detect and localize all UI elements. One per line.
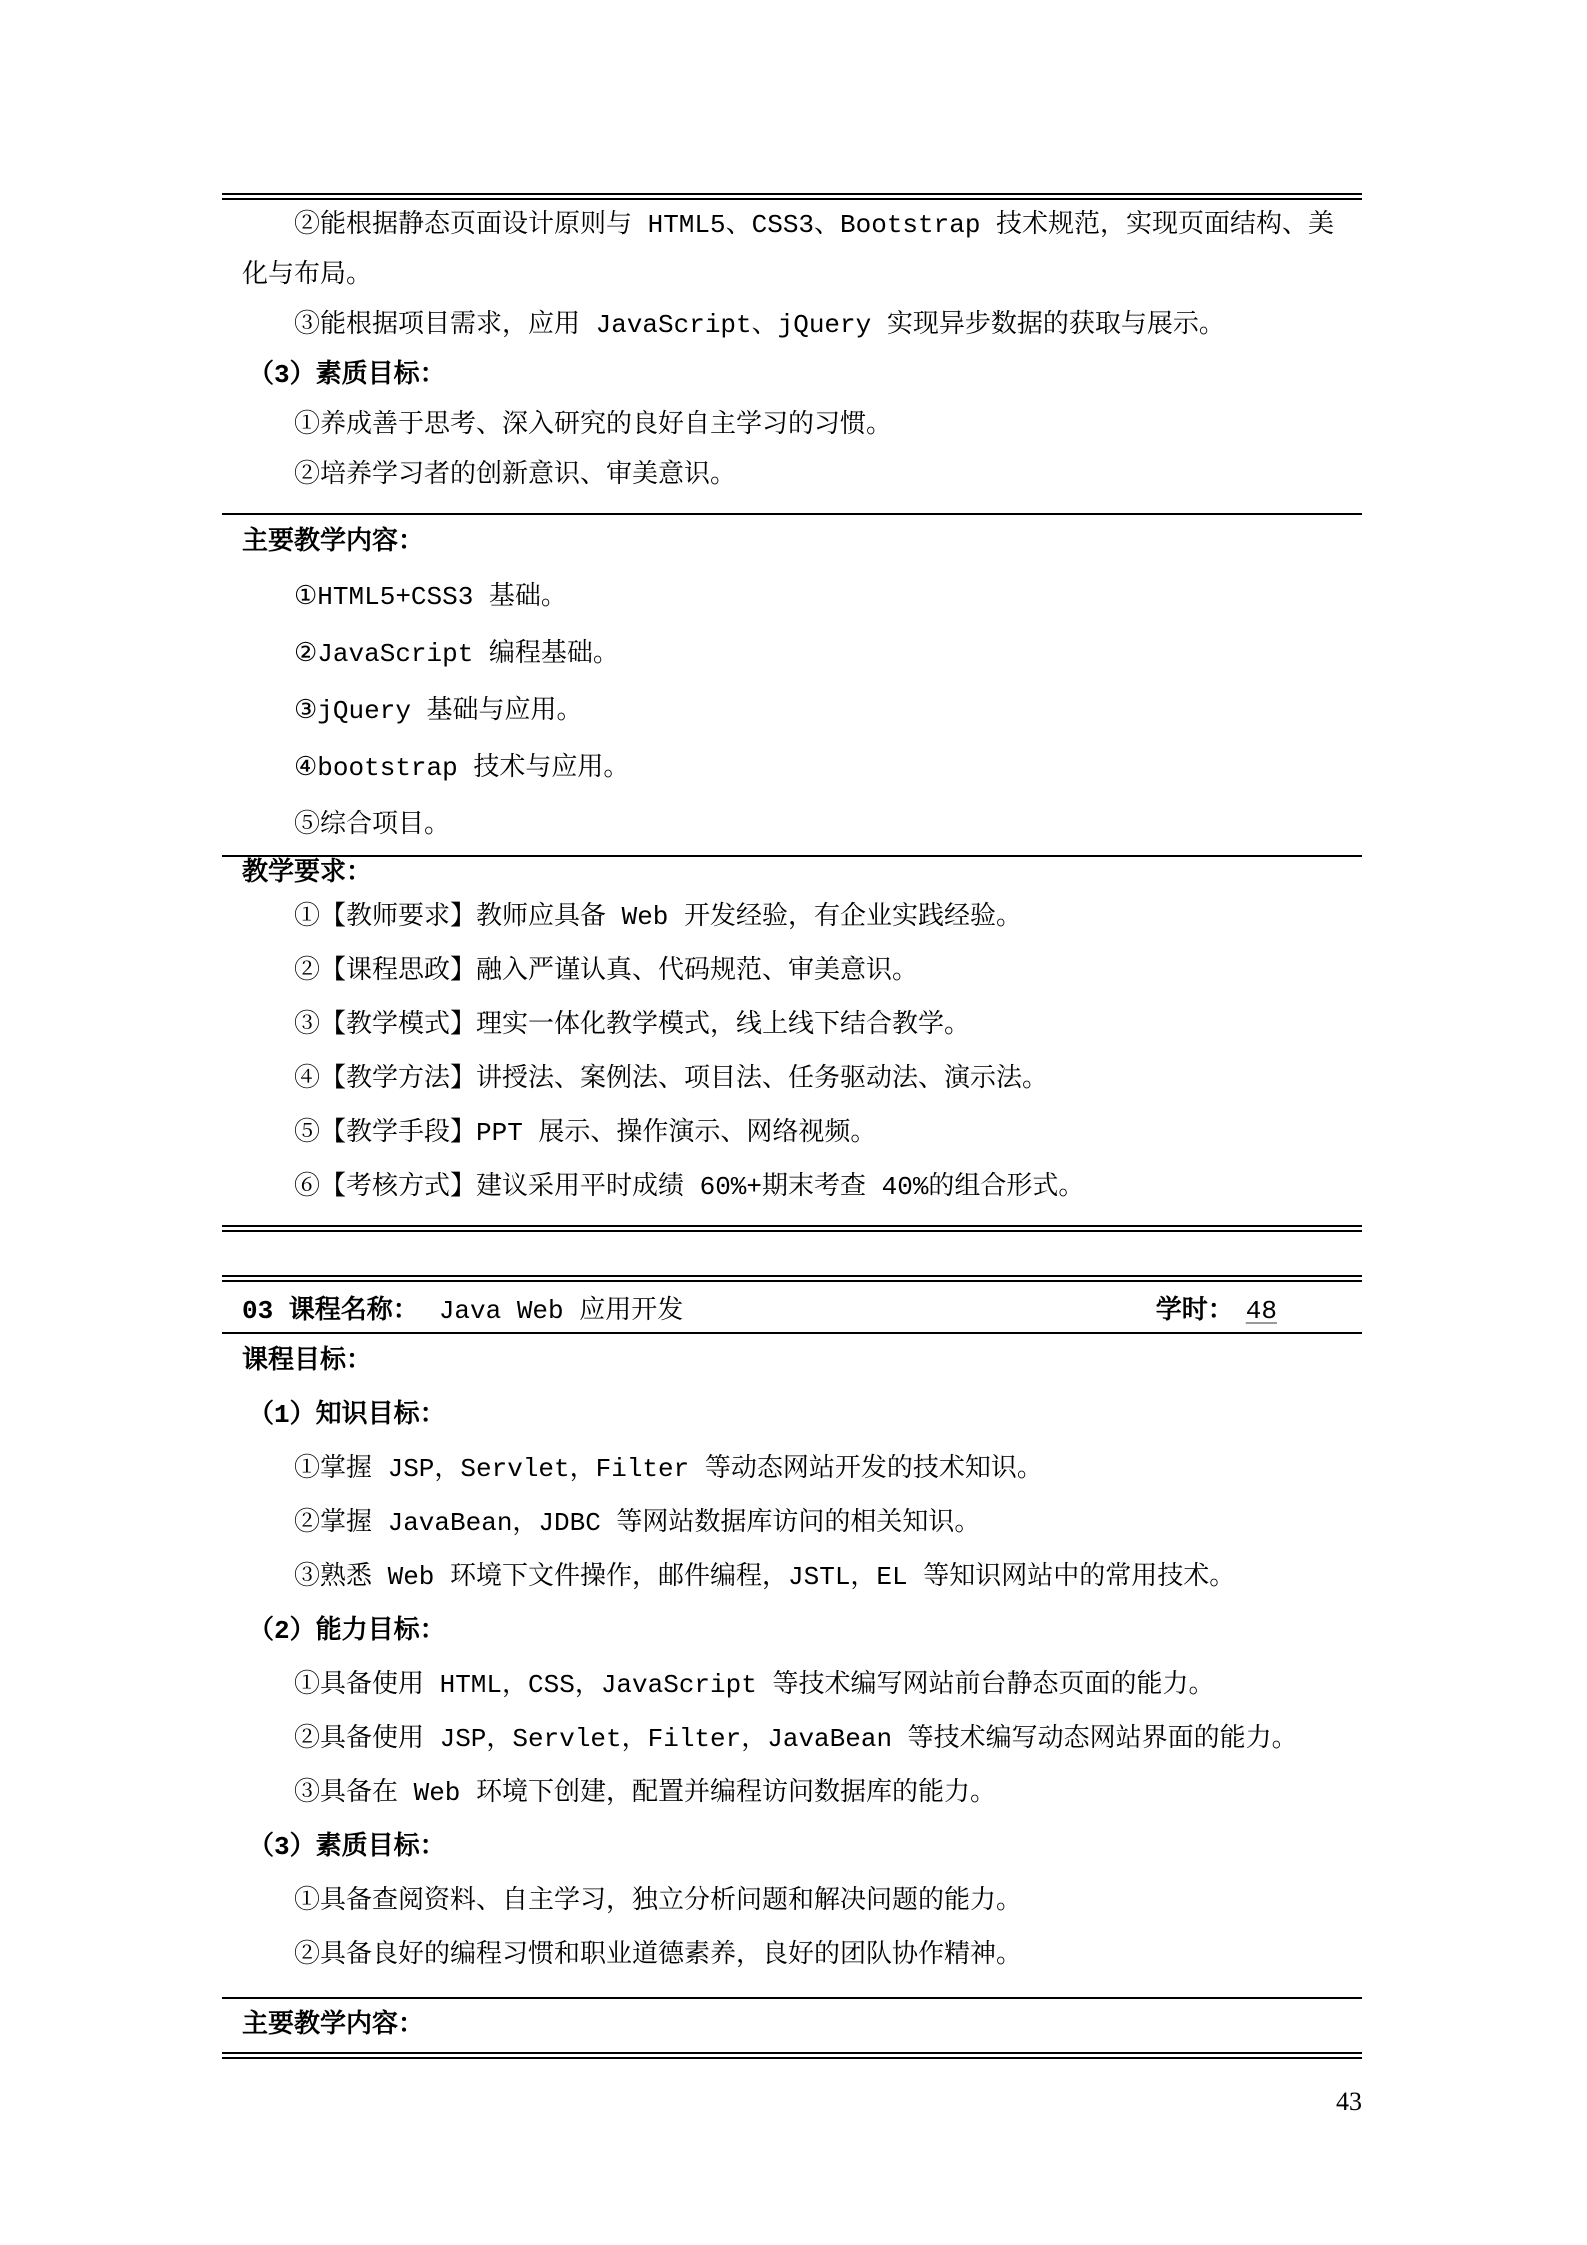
course-name-value: Java Web 应用开发 — [439, 1289, 683, 1326]
section-ability-goals-tail: ②能根据静态页面设计原则与 HTML5、CSS3、Bootstrap 技术规范，… — [222, 200, 1362, 515]
section-heading-line: （3）素质目标： — [242, 350, 1342, 400]
text-line: ②具备使用 JSP，Servlet，Filter，JavaBean 等技术编写动… — [242, 1712, 1342, 1766]
text-line: 化与布局。 — [242, 250, 1342, 300]
text-line: ①养成善于思考、深入研究的良好自主学习的习惯。 — [242, 400, 1342, 450]
section-heading-line: （1）知识目标： — [242, 1388, 1342, 1442]
text-line: ③jQuery 基础与应用。 — [242, 683, 1342, 740]
section-teaching-content: 主要教学内容：①HTML5+CSS3 基础。②JavaScript 编程基础。③… — [222, 515, 1362, 857]
text-line: ⑤【教学手段】PPT 展示、操作演示、网络视频。 — [242, 1106, 1342, 1160]
section-heading-line: 主要教学内容： — [242, 1999, 1342, 2052]
section-heading-line: 教学要求： — [242, 857, 1342, 890]
course-hours: 学时：48 — [1156, 1289, 1277, 1326]
text-line: ①具备使用 HTML，CSS，JavaScript 等技术编写网站前台静态页面的… — [242, 1658, 1342, 1712]
section-heading-line: 主要教学内容： — [242, 515, 1342, 569]
text-line: ③能根据项目需求，应用 JavaScript、jQuery 实现异步数据的获取与… — [242, 300, 1342, 350]
document-page: ②能根据静态页面设计原则与 HTML5、CSS3、Bootstrap 技术规范，… — [0, 0, 1587, 2245]
text-line: ④bootstrap 技术与应用。 — [242, 740, 1342, 797]
text-line: ②具备良好的编程习惯和职业道德素养，良好的团队协作精神。 — [242, 1928, 1342, 1982]
text-line: ③【教学模式】理实一体化教学模式，线上线下结合教学。 — [242, 998, 1342, 1052]
text-line: ①【教师要求】教师应具备 Web 开发经验，有企业实践经验。 — [242, 890, 1342, 944]
text-line: ④【教学方法】讲授法、案例法、项目法、任务驱动法、演示法。 — [242, 1052, 1342, 1106]
text-line: ②掌握 JavaBean，JDBC 等网站数据库访问的相关知识。 — [242, 1496, 1342, 1550]
text-line: ③熟悉 Web 环境下文件操作，邮件编程，JSTL，EL 等知识网站中的常用技术… — [242, 1550, 1342, 1604]
text-line: ①具备查阅资料、自主学习，独立分析问题和解决问题的能力。 — [242, 1874, 1342, 1928]
text-line: ⑥【考核方式】建议采用平时成绩 60%+期末考查 40%的组合形式。 — [242, 1160, 1342, 1214]
hours-value: 48 — [1246, 1296, 1277, 1326]
text-line: ③具备在 Web 环境下创建，配置并编程访问数据库的能力。 — [242, 1766, 1342, 1820]
course-02-table: ②能根据静态页面设计原则与 HTML5、CSS3、Bootstrap 技术规范，… — [222, 193, 1362, 1232]
course-03-table: 03 课程名称： Java Web 应用开发 学时：48 课程目标：（1）知识目… — [222, 1275, 1362, 2059]
section-teaching-requirements: 教学要求：①【教师要求】教师应具备 Web 开发经验，有企业实践经验。②【课程思… — [222, 857, 1362, 1225]
text-line: ②【课程思政】融入严谨认真、代码规范、审美意识。 — [242, 944, 1342, 998]
section-heading-line: 课程目标： — [242, 1334, 1342, 1388]
text-line: ②JavaScript 编程基础。 — [242, 626, 1342, 683]
page-number: 43 — [222, 2089, 1362, 2115]
text-line: ②能根据静态页面设计原则与 HTML5、CSS3、Bootstrap 技术规范，… — [242, 200, 1342, 250]
course-number-label: 03 课程名称： — [242, 1289, 419, 1326]
text-line: ⑤综合项目。 — [242, 797, 1342, 854]
section-course-goals: 课程目标：（1）知识目标：①掌握 JSP，Servlet，Filter 等动态网… — [222, 1334, 1362, 1999]
section-heading-line: （2）能力目标： — [242, 1604, 1342, 1658]
hours-label: 学时： — [1156, 1296, 1234, 1326]
course-header-row: 03 课程名称： Java Web 应用开发 学时：48 — [222, 1282, 1362, 1334]
text-line: ①掌握 JSP，Servlet，Filter 等动态网站开发的技术知识。 — [242, 1442, 1342, 1496]
section-heading-line: （3）素质目标： — [242, 1820, 1342, 1874]
section-teaching-content-next: 主要教学内容： — [222, 1999, 1362, 2052]
text-line: ②培养学习者的创新意识、审美意识。 — [242, 450, 1342, 500]
text-line: ①HTML5+CSS3 基础。 — [242, 569, 1342, 626]
document-body: ②能根据静态页面设计原则与 HTML5、CSS3、Bootstrap 技术规范，… — [222, 193, 1362, 2115]
